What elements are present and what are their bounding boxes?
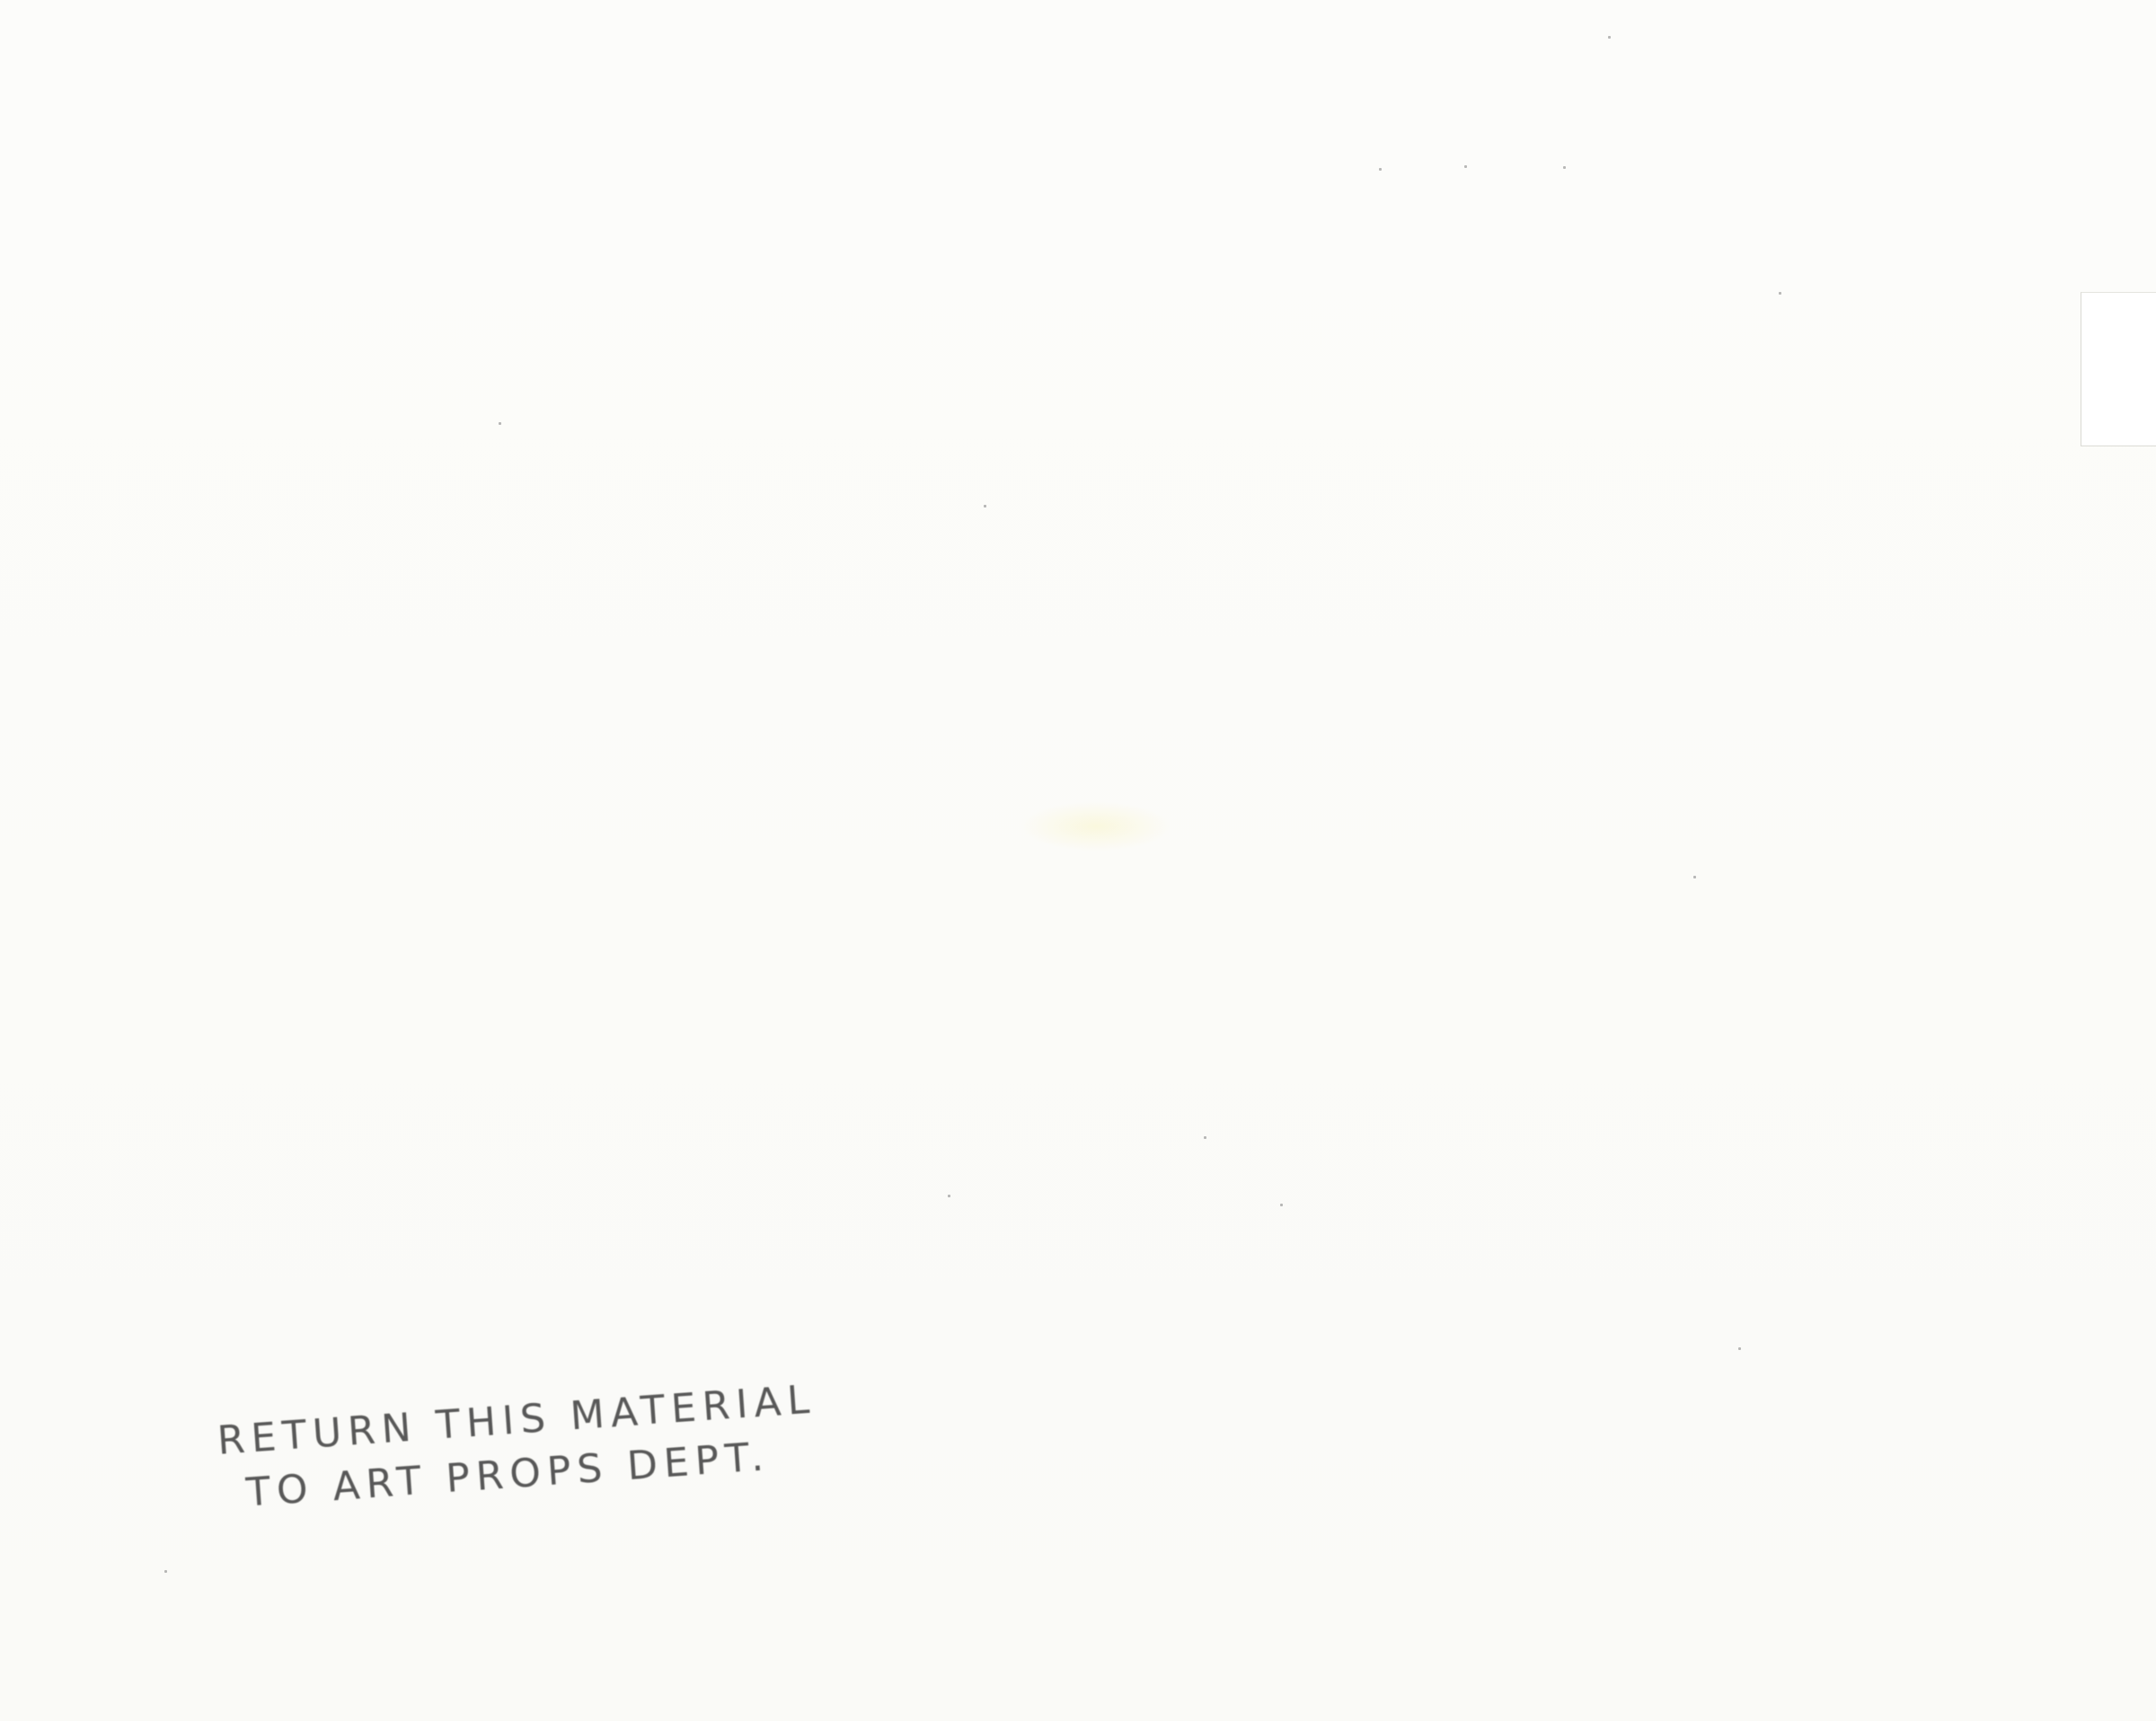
dust-speck — [1379, 168, 1382, 171]
dust-speck — [1563, 166, 1566, 169]
dust-speck — [1693, 876, 1696, 878]
dust-speck — [948, 1195, 950, 1197]
dust-speck — [1738, 1347, 1741, 1350]
dust-speck — [1464, 165, 1467, 168]
paper-tab — [2081, 292, 2156, 446]
dust-speck — [984, 505, 986, 507]
dust-speck — [499, 422, 501, 425]
dust-speck — [1608, 36, 1611, 39]
dust-speck — [164, 1570, 167, 1573]
dust-speck — [1204, 1136, 1206, 1139]
dust-speck — [1779, 292, 1781, 295]
dust-speck — [1280, 1204, 1283, 1206]
